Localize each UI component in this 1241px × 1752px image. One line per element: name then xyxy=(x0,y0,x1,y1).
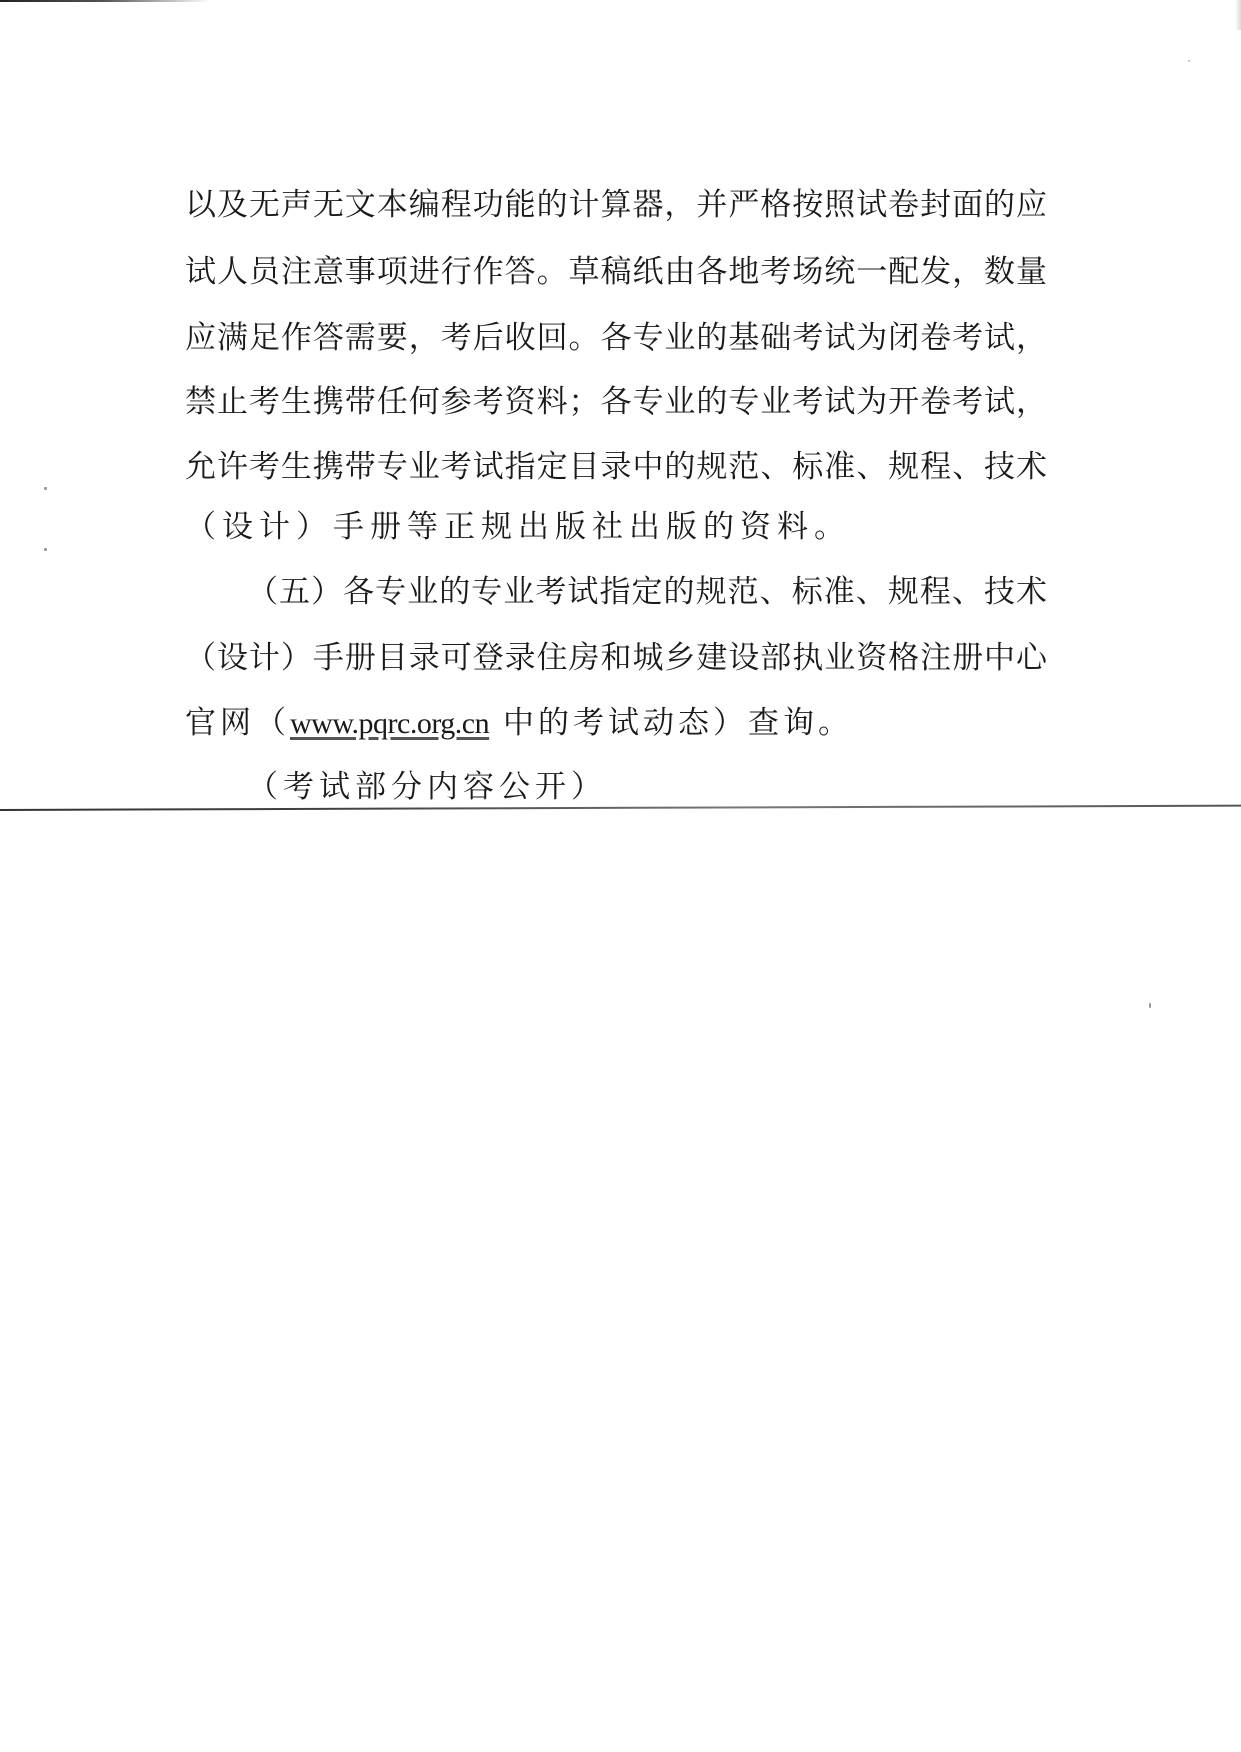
section-5-line-3: 官网（www.pqrc.org.cn 中的考试动态）查询。 xyxy=(185,703,853,743)
scan-speck xyxy=(44,487,47,490)
section-5-line-1: （五）各专业的专业考试指定的规范、标准、规程、技术 xyxy=(247,572,1047,612)
section-5-line-3-suffix: 中的考试动态）查询。 xyxy=(489,705,853,741)
pqrc-website-link[interactable]: www.pqrc.org.cn xyxy=(290,707,489,740)
scan-shadow xyxy=(1235,0,1241,30)
section-5-line-2: （设计）手册目录可登录住房和城乡建设部执业资格注册中心 xyxy=(185,638,1047,678)
footer-note: （考试部分内容公开） xyxy=(247,767,607,807)
paragraph-line-4: 禁止考生携带任何参考资料；各专业的专业考试为开卷考试， xyxy=(185,382,1047,422)
scan-speck xyxy=(1188,60,1190,62)
paragraph-line-5: 允许考生携带专业考试指定目录中的规范、标准、规程、技术 xyxy=(185,447,1047,487)
paragraph-line-2: 试人员注意事项进行作答。草稿纸由各地考场统一配发，数量 xyxy=(185,252,1047,292)
horizontal-rule xyxy=(0,805,1241,811)
paragraph-line-1: 以及无声无文本编程功能的计算器，并严格按照试卷封面的应 xyxy=(185,185,1047,225)
section-5-line-3-prefix: 官网（ xyxy=(185,705,290,741)
scan-edge-artifact xyxy=(0,0,210,2)
scan-speck xyxy=(1149,1003,1151,1008)
paragraph-line-3: 应满足作答需要，考后收回。各专业的基础考试为闭卷考试， xyxy=(185,318,1047,358)
scan-speck xyxy=(44,548,47,551)
paragraph-line-6: （设计）手册等正规出版社出版的资料。 xyxy=(185,507,851,547)
